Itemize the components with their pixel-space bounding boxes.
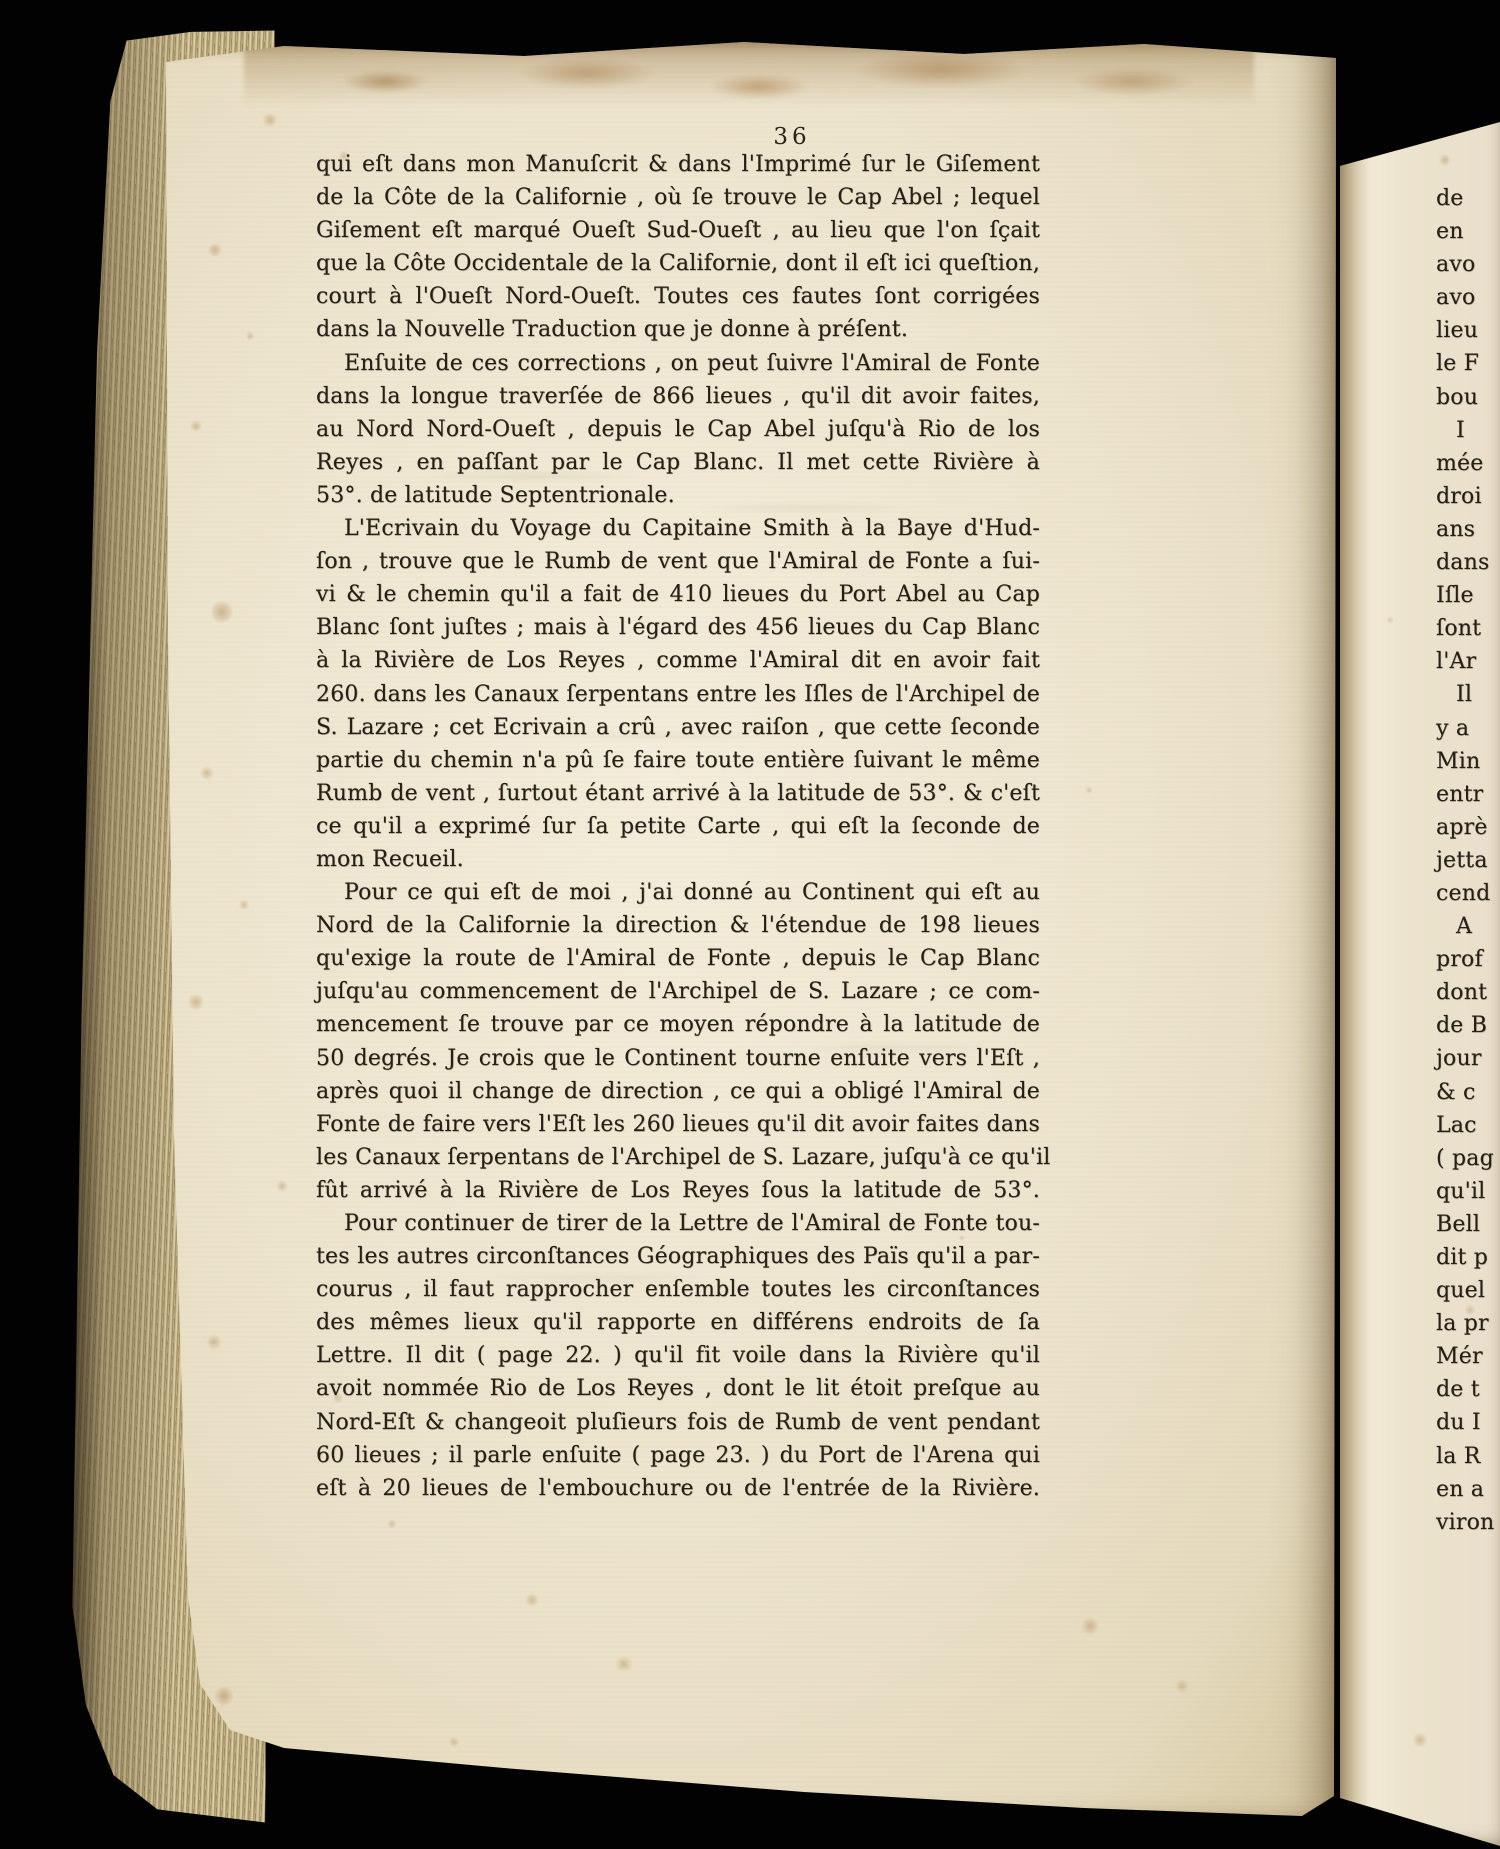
text-line: de B: [1436, 1009, 1500, 1042]
text-line: Lettre. Il dit ( page 22. ) qu'il fit vo…: [316, 1339, 1040, 1372]
right-page-text-fragments: deenavoavolieule FbouIméedroiansdansIſle…: [1436, 182, 1500, 1539]
text-line: I: [1436, 414, 1500, 447]
text-line: eſt à 20 lieues de l'embouchure ou de l'…: [316, 1472, 1040, 1505]
text-line: au Nord Nord-Oueſt , depuis le Cap Abel …: [316, 413, 1040, 446]
book-scan: 36 qui eſt dans mon Manuſcrit & dans l'I…: [0, 0, 1500, 1849]
text-line: dans la Nouvelle Traduction que je donne…: [316, 313, 1040, 346]
text-line: & c: [1436, 1076, 1500, 1109]
text-line: prof: [1436, 943, 1500, 976]
text-line: Giſement eſt marqué Oueſt Sud-Oueſt , au…: [316, 214, 1040, 247]
text-line: de la Côte de la Californie , où ſe trou…: [316, 181, 1040, 214]
text-line: juſqu'au commencement de l'Archipel de S…: [316, 975, 1040, 1008]
text-line: 260. dans les Canaux ſerpentans entre le…: [316, 678, 1040, 711]
text-line: à la Rivière de Los Reyes , comme l'Amir…: [316, 644, 1040, 677]
text-line: avo: [1436, 248, 1500, 281]
text-line: avoit nommée Rio de Los Reyes , dont le …: [316, 1372, 1040, 1405]
text-line: Nord de la Californie la direction & l'é…: [316, 909, 1040, 942]
text-line: de t: [1436, 1373, 1500, 1406]
text-line: dit p: [1436, 1241, 1500, 1274]
text-line: après quoi il change de direction , ce q…: [316, 1075, 1040, 1108]
text-line: mencement ſe trouve par ce moyen répondr…: [316, 1008, 1040, 1041]
text-line: Il: [1436, 678, 1500, 711]
text-line: Iſle: [1436, 579, 1500, 612]
text-line: l'Ar: [1436, 645, 1500, 678]
text-line: bou: [1436, 381, 1500, 414]
text-line: ( pag: [1436, 1142, 1500, 1175]
text-line: que la Côte Occidentale de la Californie…: [316, 247, 1040, 280]
text-line: Fonte de faire vers l'Eſt les 260 lieues…: [316, 1108, 1040, 1141]
text-line: tes les autres circonſtances Géographiqu…: [316, 1240, 1040, 1273]
text-line: de: [1436, 182, 1500, 215]
text-line: Pour ce qui eſt de moi , j'ai donné au C…: [316, 876, 1040, 909]
text-line: qui eſt dans mon Manuſcrit & dans l'Impr…: [316, 148, 1040, 181]
text-line: jetta: [1436, 844, 1500, 877]
text-line: en a: [1436, 1473, 1500, 1506]
text-line: la R: [1436, 1440, 1500, 1473]
text-line: aprè: [1436, 811, 1500, 844]
text-line: fût arrivé à la Rivière de Los Reyes ſou…: [316, 1174, 1040, 1207]
text-line: jour: [1436, 1042, 1500, 1075]
text-line: mon Recueil.: [316, 843, 1040, 876]
text-line: 50 degrés. Je crois que le Continent tou…: [316, 1042, 1040, 1075]
text-line: A: [1436, 910, 1500, 943]
text-line: Blanc ſont juſtes ; mais à l'égard des 4…: [316, 611, 1040, 644]
text-line: Rumb de vent , ſurtout étant arrivé à la…: [316, 777, 1040, 810]
text-line: dans: [1436, 546, 1500, 579]
text-line: cend: [1436, 877, 1500, 910]
text-line: court à l'Oueſt Nord-Oueſt. Toutes ces f…: [316, 280, 1040, 313]
text-line: Bell: [1436, 1208, 1500, 1241]
text-line: la pr: [1436, 1307, 1500, 1340]
page-number: 36: [752, 124, 832, 150]
text-line: vi & le chemin qu'il a fait de 410 lieue…: [316, 578, 1040, 611]
right-page-sliver: deenavoavolieule FbouIméedroiansdansIſle…: [1340, 48, 1500, 1849]
page-text-block: qui eſt dans mon Manuſcrit & dans l'Impr…: [316, 148, 1040, 1505]
text-line: L'Ecrivain du Voyage du Capitaine Smith …: [316, 512, 1040, 545]
text-line: qu'il: [1436, 1175, 1500, 1208]
text-line: viron: [1436, 1506, 1500, 1539]
text-line: 60 lieues ; il parle enſuite ( page 23. …: [316, 1439, 1040, 1472]
text-line: Reyes , en paſſant par le Cap Blanc. Il …: [316, 446, 1040, 479]
text-line: avo: [1436, 281, 1500, 314]
text-line: Enſuite de ces corrections , on peut ſui…: [316, 347, 1040, 380]
text-line: le F: [1436, 347, 1500, 380]
text-line: ſont: [1436, 612, 1500, 645]
left-page: 36 qui eſt dans mon Manuſcrit & dans l'I…: [104, 36, 1336, 1828]
text-line: Lac: [1436, 1109, 1500, 1142]
text-line: S. Lazare ; cet Ecrivain a crû , avec ra…: [316, 711, 1040, 744]
top-edge-stains: [244, 38, 1254, 122]
text-line: qu'exige la route de l'Amiral de Fonte ,…: [316, 942, 1040, 975]
text-line: ans: [1436, 513, 1500, 546]
text-line: des mêmes lieux qu'il rapporte en différ…: [316, 1306, 1040, 1339]
text-line: du I: [1436, 1406, 1500, 1439]
text-line: ſon , trouve que le Rumb de vent que l'A…: [316, 545, 1040, 578]
text-line: quel: [1436, 1274, 1500, 1307]
text-line: Min: [1436, 745, 1500, 778]
text-line: dans la longue traverſée de 866 lieues ,…: [316, 380, 1040, 413]
text-line: partie du chemin n'a pû ſe faire toute e…: [316, 744, 1040, 777]
text-line: dont: [1436, 976, 1500, 1009]
text-line: en: [1436, 215, 1500, 248]
text-line: les Canaux ſerpentans de l'Archipel de S…: [316, 1141, 1040, 1174]
text-line: y a: [1436, 712, 1500, 745]
text-line: lieu: [1436, 314, 1500, 347]
text-line: droi: [1436, 480, 1500, 513]
text-line: Mér: [1436, 1340, 1500, 1373]
text-line: ce qu'il a exprimé ſur ſa petite Carte ,…: [316, 810, 1040, 843]
text-line: entr: [1436, 778, 1500, 811]
text-line: Pour continuer de tirer de la Lettre de …: [316, 1207, 1040, 1240]
text-line: Nord-Eſt & changeoit pluſieurs fois de R…: [316, 1406, 1040, 1439]
text-line: 53°. de latitude Septentrionale.: [316, 479, 1040, 512]
text-line: courus , il faut rapprocher enſemble tou…: [316, 1273, 1040, 1306]
text-line: mée: [1436, 447, 1500, 480]
